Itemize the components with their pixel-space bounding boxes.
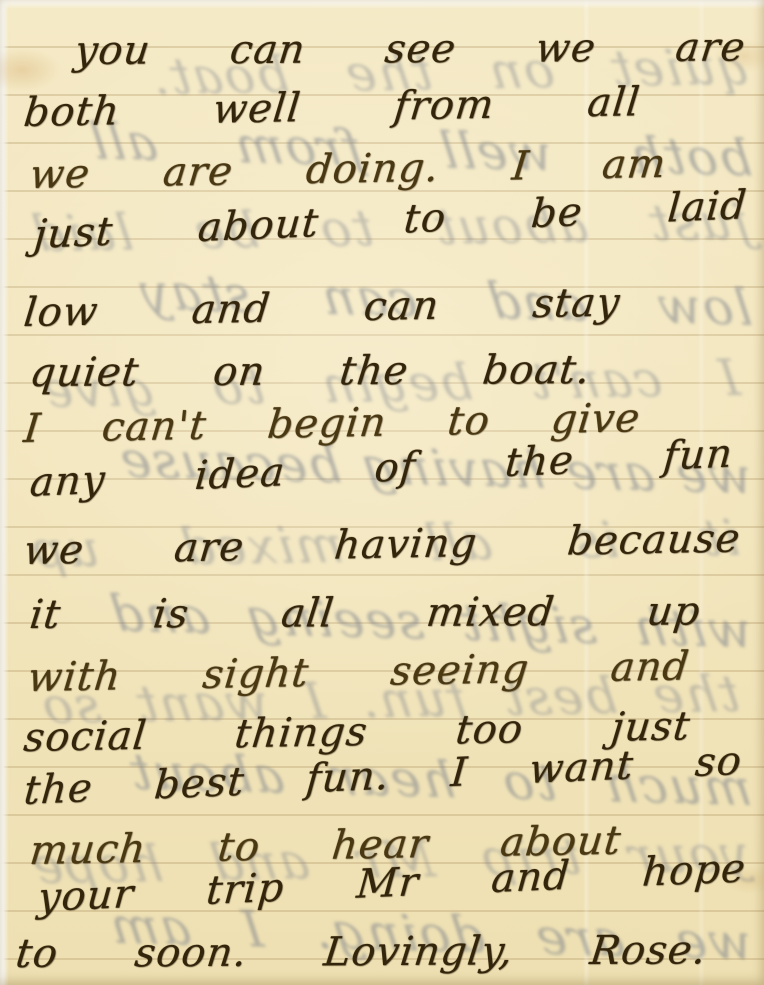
- handwriting-line: to soon. Lovingly, Rose.: [12, 917, 710, 985]
- handwriting-layer: you can see we are both well from all we…: [0, 0, 764, 985]
- handwriting-line: we are having because: [21, 506, 744, 584]
- handwriting-line: low and can stay: [21, 270, 624, 346]
- letter-page: both well from all just about to be laid…: [0, 0, 764, 985]
